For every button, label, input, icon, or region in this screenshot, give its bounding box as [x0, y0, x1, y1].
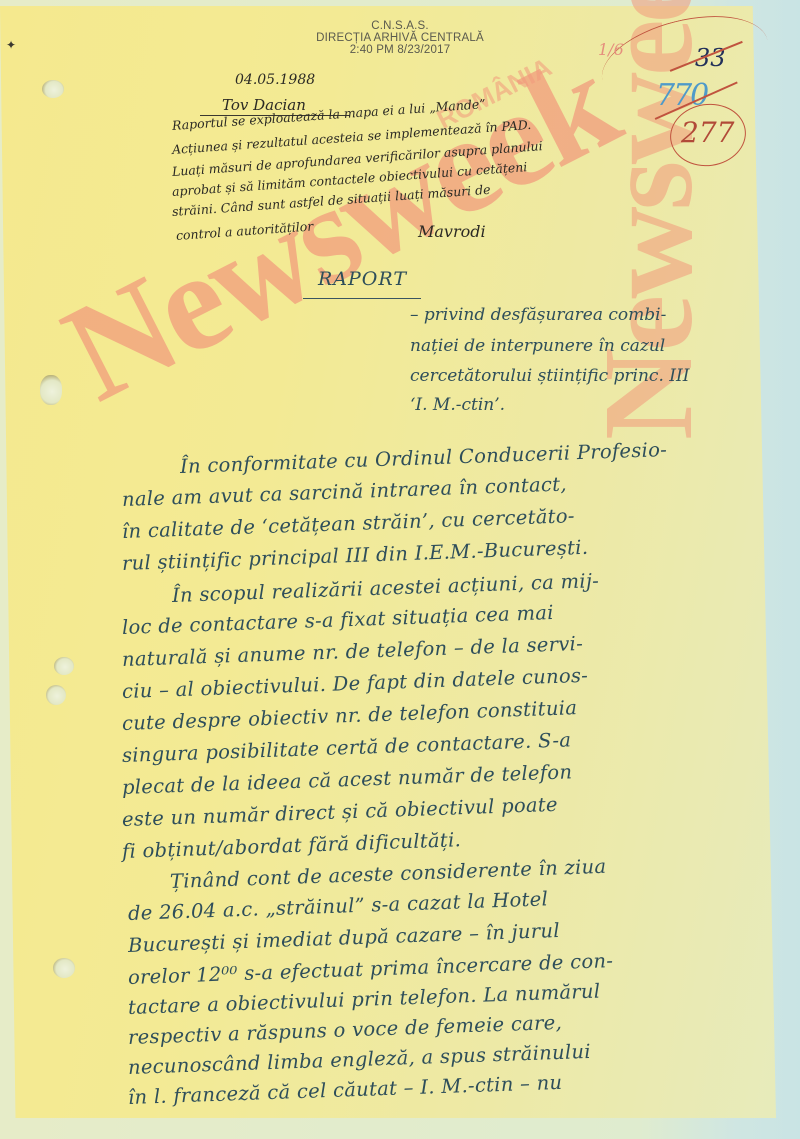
punch-hole — [42, 80, 64, 98]
punch-hole — [40, 375, 62, 405]
page-number-circled: 277 — [681, 116, 734, 149]
report-title: RAPORT — [318, 268, 407, 290]
report-subject-line: cercetătorului științific princ. III — [410, 366, 689, 386]
punch-hole — [53, 958, 75, 978]
title-underline — [303, 298, 421, 299]
report-subject-line: ‘I. M.-ctin’. — [410, 395, 505, 415]
annotation-date: 04.05.1988 — [235, 72, 315, 88]
punch-hole — [46, 685, 66, 705]
punch-hole — [54, 657, 74, 675]
signature: Mavrodi — [418, 222, 486, 241]
sheet-fraction: 1/6 — [598, 40, 624, 59]
report-subject-line: – privind desfășurarea combi- — [410, 305, 666, 325]
report-subject-line: nației de interpunere în cazul — [410, 336, 665, 356]
